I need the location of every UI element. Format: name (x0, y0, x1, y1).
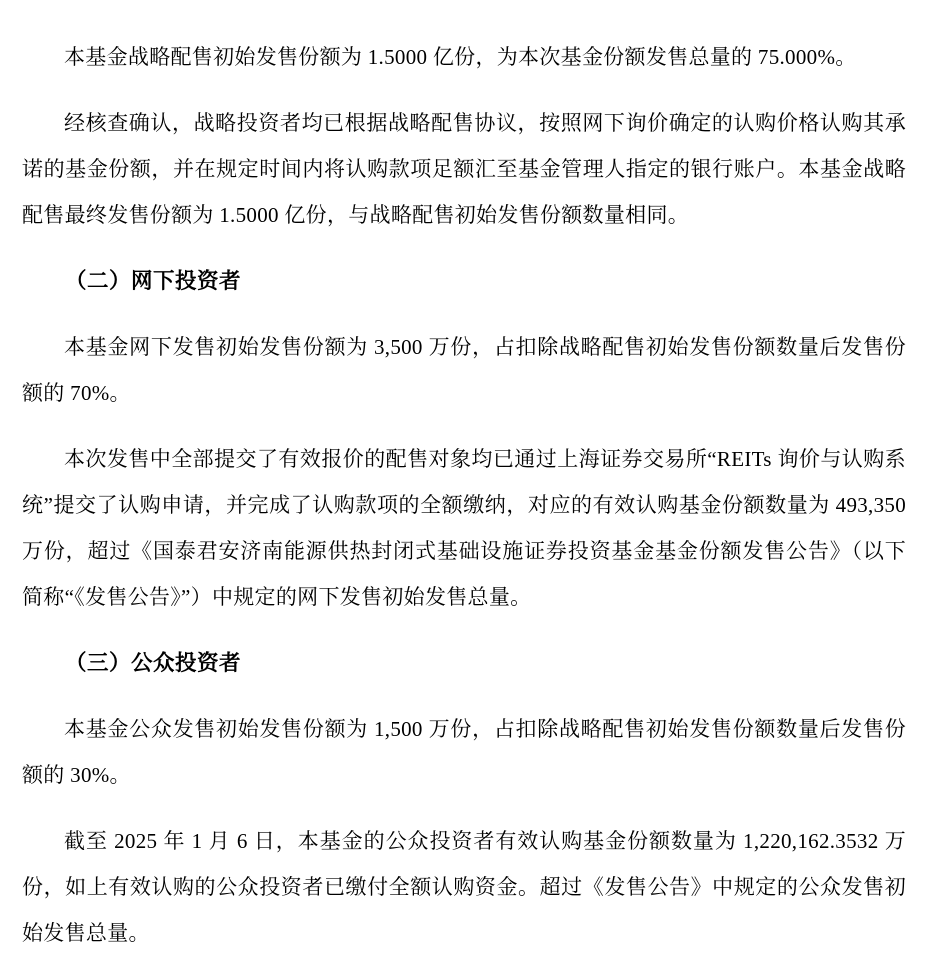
paragraph-offline-initial-offering: 本基金网下发售初始发售份额为 3,500 万份，占扣除战略配售初始发售份额数量后… (22, 324, 906, 416)
paragraph-public-subscription-details: 截至 2025 年 1 月 6 日，本基金的公众投资者有效认购基金份额数量为 1… (22, 818, 906, 956)
paragraph-strategic-initial-offering: 本基金战略配售初始发售份额为 1.5000 亿份，为本次基金份额发售总量的 75… (22, 34, 906, 80)
section-heading-offline-investors: （二）网下投资者 (22, 258, 906, 304)
paragraph-public-initial-offering: 本基金公众发售初始发售份额为 1,500 万份，占扣除战略配售初始发售份额数量后… (22, 706, 906, 798)
section-heading-public-investors: （三）公众投资者 (22, 640, 906, 686)
document-page: 本基金战略配售初始发售份额为 1.5000 亿份，为本次基金份额发售总量的 75… (0, 0, 936, 976)
paragraph-strategic-investors-confirmation: 经核查确认，战略投资者均已根据战略配售协议，按照网下询价确定的认购价格认购其承诺… (22, 100, 906, 238)
paragraph-offline-subscription-details: 本次发售中全部提交了有效报价的配售对象均已通过上海证券交易所“REITs 询价与… (22, 436, 906, 620)
